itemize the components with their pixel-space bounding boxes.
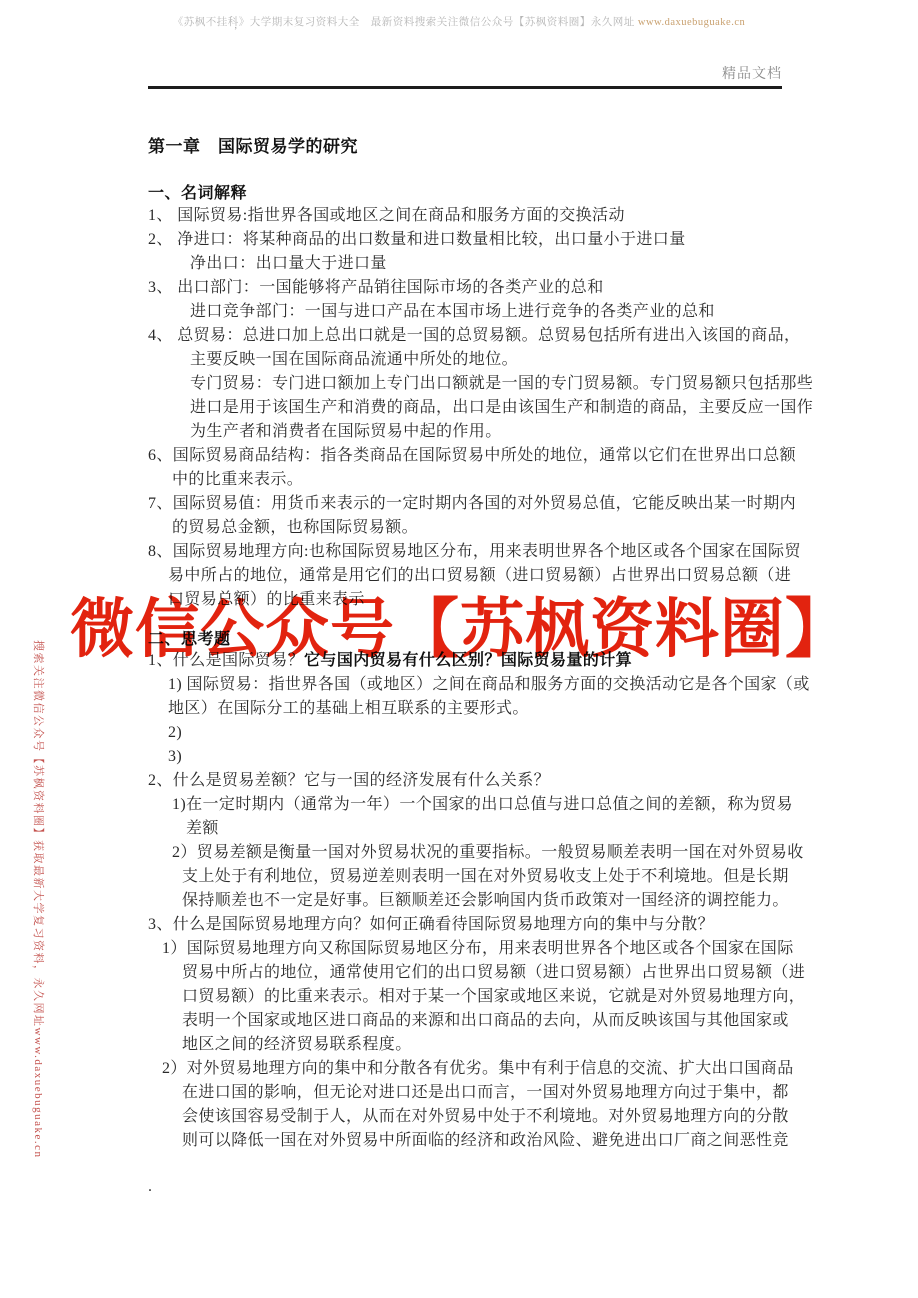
text-line-content: 差额 [186, 820, 219, 837]
text-line-content: 地区之间的经济贸易联系程度。 [182, 1036, 412, 1053]
text-line: 4、 总贸易：总进口加上总出口就是一国的总贸易额。总贸易包括所有进出入该国的商品… [148, 324, 798, 348]
text-line: 进口竞争部门：一国与进口产品在本国市场上进行竞争的各类产业的总和 [148, 300, 798, 324]
text-line: 在进口国的影响，但无论对进口还是出口而言，一国对外贸易地理方向过于集中，都 [148, 1081, 798, 1105]
text-line-content: 2) [168, 724, 182, 741]
text-line: 1、 国际贸易:指世界各国或地区之间在商品和服务方面的交换活动 [148, 204, 798, 228]
text-line: 2、 净进口：将某种商品的出口数量和进口数量相比较，出口量小于进口量 [148, 228, 798, 252]
text-line-content: 在进口国的影响，但无论对进口还是出口而言，一国对外贸易地理方向过于集中，都 [182, 1084, 789, 1101]
footer-period: . [148, 1178, 152, 1196]
document-page: 《苏枫不挂科》大学期末复习资料大全 最新资料搜索关注微信公众号【苏枫资料圈】永久… [0, 0, 918, 1298]
text-line: 3、什么是国际贸易地理方向？如何正确看待国际贸易地理方向的集中与分散？ [148, 913, 798, 937]
text-line: 1）国际贸易地理方向又称国际贸易地区分布，用来表明世界各个地区或各个国家在国际 [148, 937, 798, 961]
text-line: 表明一个国家或地区进口商品的来源和出口商品的去向，从而反映该国与其他国家或 [148, 1009, 798, 1033]
text-line-content: 中的比重来表示。 [172, 471, 303, 488]
text-line-content: 2）对外贸易地理方向的集中和分散各有优劣。集中有利于信息的交流、扩大出口国商品 [162, 1060, 794, 1077]
text-line-content: 进口是用于该国生产和消费的商品，出口是由该国生产和制造的商品，主要反应一国作 [190, 399, 813, 416]
text-line-content: 进口竞争部门：一国与进口产品在本国市场上进行竞争的各类产业的总和 [190, 303, 715, 320]
text-line-content: 为生产者和消费者在国际贸易中起的作用。 [190, 423, 502, 440]
section-heading-questions: 二、思考题 [148, 626, 231, 649]
text-line: 易中所占的地位，通常是用它们的出口贸易额（进口贸易额）占世界出口贸易总额（进 [148, 564, 798, 588]
promo-banner-url: www.daxuebuguake.cn [638, 17, 745, 28]
text-line-content: 2、什么是贸易差额？它与一国的经济发展有什么关系？ [148, 772, 550, 789]
text-line-content: 1、 国际贸易:指世界各国或地区之间在商品和服务方面的交换活动 [148, 207, 625, 224]
text-line: 会使该国容易受制于人，从而在对外贸易中处于不利境地。对外贸易地理方向的分散 [148, 1105, 798, 1129]
text-line: 主要反映一国在国际商品流通中所处的地位。 [148, 348, 798, 372]
text-line: 2）贸易差额是衡量一国对外贸易状况的重要指标。一般贸易顺差表明一国在对外贸易收 [148, 841, 798, 865]
doc-quality-label: 精品文档 [722, 63, 782, 83]
text-line: 地区）在国际分工的基础上相互联系的主要形式。 [148, 697, 798, 721]
text-line: 1) 国际贸易：指世界各国（或地区）之间在商品和服务方面的交换活动它是各个国家（… [148, 673, 798, 697]
text-line: 2) [148, 721, 798, 745]
text-line: 保持顺差也不一定是好事。巨额顺差还会影响国内货币政策对一国经济的调控能力。 [148, 889, 798, 913]
text-line: 1)在一定时期内（通常为一年）一个国家的出口总值与进口总值之间的差额，称为贸易 [148, 793, 798, 817]
text-line-content: 保持顺差也不一定是好事。巨额顺差还会影响国内货币政策对一国经济的调控能力。 [182, 892, 789, 909]
text-line-content: 2）贸易差额是衡量一国对外贸易状况的重要指标。一般贸易顺差表明一国在对外贸易收 [172, 844, 804, 861]
text-line: 口贸易总额）的比重来表示 [148, 588, 798, 612]
text-line: 为生产者和消费者在国际贸易中起的作用。 [148, 420, 798, 444]
text-line-content: 口贸易额）的比重来表示。相对于某一个国家或地区来说，它就是对外贸易地理方向， [182, 988, 805, 1005]
text-line-content: 1) 国际贸易：指世界各国（或地区）之间在商品和服务方面的交换活动它是各个国家（… [168, 676, 810, 693]
header-rule [148, 86, 782, 89]
text-line-content: 地区）在国际分工的基础上相互联系的主要形式。 [168, 700, 529, 717]
text-line: 的贸易总金额，也称国际贸易额。 [148, 516, 798, 540]
text-line-content: 3、什么是国际贸易地理方向？如何正确看待国际贸易地理方向的集中与分散？ [148, 916, 714, 933]
text-line-content: 3、 出口部门：一国能够将产品销往国际市场的各类产业的总和 [148, 279, 604, 296]
text-line-content: 6、国际贸易商品结构：指各类商品在国际贸易中所处的地位，通常以它们在世界出口总额 [148, 447, 796, 464]
text-line-content: 1）国际贸易地理方向又称国际贸易地区分布，用来表明世界各个地区或各个国家在国际 [162, 940, 794, 957]
text-line: 3) [148, 745, 798, 769]
text-line-content: 的贸易总金额，也称国际贸易额。 [172, 519, 418, 536]
text-line: 地区之间的经济贸易联系程度。 [148, 1033, 798, 1057]
text-line: 3、 出口部门：一国能够将产品销往国际市场的各类产业的总和 [148, 276, 798, 300]
text-line: 2、什么是贸易差额？它与一国的经济发展有什么关系？ [148, 769, 798, 793]
text-line-content: 7、国际贸易值：用货币来表示的一定时期内各国的对外贸易总值，它能反映出某一时期内 [148, 495, 796, 512]
text-line-content: 表明一个国家或地区进口商品的来源和出口商品的去向，从而反映该国与其他国家或 [182, 1012, 789, 1029]
text-line-content: 专门贸易：专门进口额加上专门出口额就是一国的专门贸易额。专门贸易额只包括那些 [190, 375, 813, 392]
chapter-title: 第一章 国际贸易学的研究 [148, 132, 358, 157]
text-line-content: 1)在一定时期内（通常为一年）一个国家的出口总值与进口总值之间的差额，称为贸易 [172, 796, 793, 813]
text-line-content: 支上处于有利地位，贸易逆差则表明一国在对外贸易收支上处于不利境地。但是长期 [182, 868, 789, 885]
text-line-content: 净出口：出口量大于进口量 [190, 255, 387, 272]
text-line: 1、什么是国际贸易？它与国内贸易有什么区别？国际贸易量的计算 [148, 649, 798, 673]
text-line: 口贸易额）的比重来表示。相对于某一个国家或地区来说，它就是对外贸易地理方向， [148, 985, 798, 1009]
promo-banner: 《苏枫不挂科》大学期末复习资料大全 最新资料搜索关注微信公众号【苏枫资料圈】永久… [0, 14, 918, 29]
red-watermark-side: 搜索关注微信公众号【苏枫资料圈】获取最新大学复习资料，永久网址www.daxue… [31, 640, 47, 1159]
text-line: 7、国际贸易值：用货币来表示的一定时期内各国的对外贸易总值，它能反映出某一时期内 [148, 492, 798, 516]
text-line: 进口是用于该国生产和消费的商品，出口是由该国生产和制造的商品，主要反应一国作 [148, 396, 798, 420]
text-line-content: 贸易中所占的地位，通常使用它们的出口贸易额（进口贸易额）占世界出口贸易额（进 [182, 964, 805, 981]
text-line-content: 易中所占的地位，通常是用它们的出口贸易额（进口贸易额）占世界出口贸易总额（进 [168, 567, 791, 584]
text-line: 中的比重来表示。 [148, 468, 798, 492]
text-line: 贸易中所占的地位，通常使用它们的出口贸易额（进口贸易额）占世界出口贸易额（进 [148, 961, 798, 985]
section-questions-body: 1、什么是国际贸易？它与国内贸易有什么区别？国际贸易量的计算1) 国际贸易：指世… [148, 649, 798, 1153]
text-line: 2）对外贸易地理方向的集中和分散各有优劣。集中有利于信息的交流、扩大出口国商品 [148, 1057, 798, 1081]
text-line-content: 3) [168, 748, 182, 765]
stray-mark: ’ [234, 26, 237, 37]
text-line: 专门贸易：专门进口额加上专门出口额就是一国的专门贸易额。专门贸易额只包括那些 [148, 372, 798, 396]
text-line: 8、国际贸易地理方向:也称国际贸易地区分布，用来表明世界各个地区或各个国家在国际… [148, 540, 798, 564]
text-line-content: 口贸易总额）的比重来表示 [168, 591, 365, 608]
text-line: 净出口：出口量大于进口量 [148, 252, 798, 276]
text-line-bold-part: 它与国内贸易有什么区别？国际贸易量的计算 [304, 652, 632, 669]
text-line-content: 2、 净进口：将某种商品的出口数量和进口数量相比较，出口量小于进口量 [148, 231, 686, 248]
text-line: 差额 [148, 817, 798, 841]
text-line: 6、国际贸易商品结构：指各类商品在国际贸易中所处的地位，通常以它们在世界出口总额 [148, 444, 798, 468]
text-line-content: 4、 总贸易：总进口加上总出口就是一国的总贸易额。总贸易包括所有进出入该国的商品… [148, 327, 800, 344]
text-line-content: 1、什么是国际贸易？ [148, 652, 304, 669]
text-line-content: 主要反映一国在国际商品流通中所处的地位。 [190, 351, 518, 368]
text-line: 支上处于有利地位，贸易逆差则表明一国在对外贸易收支上处于不利境地。但是长期 [148, 865, 798, 889]
text-line-content: 8、国际贸易地理方向:也称国际贸易地区分布，用来表明世界各个地区或各个国家在国际… [148, 543, 801, 560]
promo-banner-text: 《苏枫不挂科》大学期末复习资料大全 最新资料搜索关注微信公众号【苏枫资料圈】永久… [173, 17, 638, 28]
text-line-content: 会使该国容易受制于人，从而在对外贸易中处于不利境地。对外贸易地理方向的分散 [182, 1108, 789, 1125]
text-line-content: 则可以降低一国在对外贸易中所面临的经济和政治风险、避免进出口厂商之间恶性竞 [182, 1132, 789, 1149]
text-line: 则可以降低一国在对外贸易中所面临的经济和政治风险、避免进出口厂商之间恶性竞 [148, 1129, 798, 1153]
section-heading-terms: 一、名词解释 [148, 180, 247, 203]
section-terms-body: 1、 国际贸易:指世界各国或地区之间在商品和服务方面的交换活动2、 净进口：将某… [148, 204, 798, 612]
